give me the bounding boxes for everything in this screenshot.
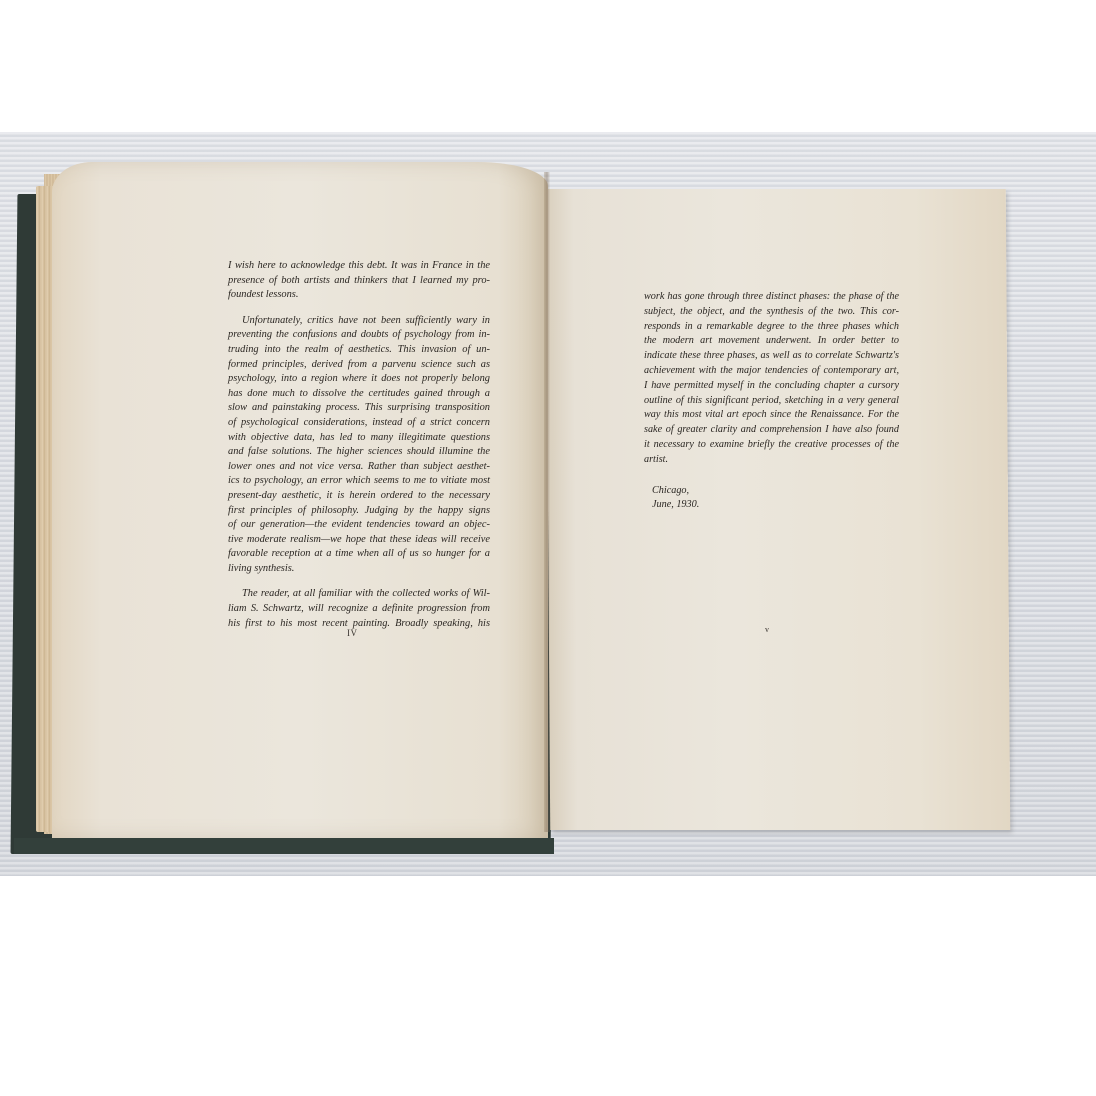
text-line: preventing the confusions and doubts of … [228, 328, 490, 343]
text-line: outline of this significant period, sket… [644, 394, 899, 409]
text-line: slow and painstaking process. This surpr… [228, 401, 490, 416]
page-number-left: IV [347, 628, 358, 638]
text-line: ics to psychology, an error which seems … [228, 474, 490, 489]
text-line: way this most vital art epoch since the … [644, 408, 899, 423]
text-line: favorable reception at a time when all o… [228, 547, 490, 562]
text-line: the modern art movement underwent. In or… [644, 334, 899, 349]
text-line: of psychological considerations, instead… [228, 416, 490, 431]
signoff-place: Chicago, [652, 484, 899, 499]
text-line: foundest lessons. [228, 288, 490, 303]
text-line: indicate these three phases, as well as … [644, 349, 899, 364]
text-line: tive moderate realism—we hope that these… [228, 533, 490, 548]
text-line: lower ones and not vice versa. Rather th… [228, 460, 490, 475]
text-line: sake of greater clarity and comprehensio… [644, 423, 899, 438]
text-line: achievement with the major tendencies of… [644, 364, 899, 379]
text-line: of our generation—the evident tendencies… [228, 518, 490, 533]
text-line: his first to his most recent painting. B… [228, 617, 490, 632]
page-number-right: v [765, 625, 769, 634]
signoff-date: June, 1930. [652, 498, 899, 513]
right-page-text: work has gone through three distinct pha… [644, 290, 899, 513]
book-cover-edge [14, 838, 554, 854]
left-page-text: I wish here to acknowledge this debt. It… [228, 259, 490, 642]
text-line: I have permitted myself in the concludin… [644, 379, 899, 394]
text-line: and false solutions. The higher sciences… [228, 445, 490, 460]
text-line: I wish here to acknowledge this debt. It… [228, 259, 490, 274]
text-line: work has gone through three distinct pha… [644, 290, 899, 305]
paragraph: I wish here to acknowledge this debt. It… [228, 259, 490, 303]
photo-background [0, 132, 1096, 876]
text-line: The reader, at all familiar with the col… [228, 587, 490, 602]
text-line: responds in a remarkable degree to the t… [644, 320, 899, 335]
paragraph: The reader, at all familiar with the col… [228, 587, 490, 631]
paragraph: work has gone through three distinct pha… [644, 290, 899, 468]
text-line: it necessary to examine briefly the crea… [644, 438, 899, 453]
text-line: presence of both artists and thinkers th… [228, 274, 490, 289]
text-line: artist. [644, 453, 899, 468]
text-line: formed principles, derived from a parven… [228, 358, 490, 373]
paragraph: Unfortunately, critics have not been suf… [228, 314, 490, 577]
text-line: with objective data, has led to many ill… [228, 431, 490, 446]
text-line: liam S. Schwartz, will recognize a defin… [228, 602, 490, 617]
text-line: first principles of philosophy. Judging … [228, 504, 490, 519]
text-line: Unfortunately, critics have not been suf… [228, 314, 490, 329]
text-line: has done much to dissolve the certitudes… [228, 387, 490, 402]
text-line: present-day aesthetic, it is herein orde… [228, 489, 490, 504]
text-line: living synthesis. [228, 562, 490, 577]
text-line: truding into the realm of aesthetics. Th… [228, 343, 490, 358]
text-line: subject, the object, and the synthesis o… [644, 305, 899, 320]
signoff: Chicago, June, 1930. [652, 484, 899, 514]
text-line: psychology, into a region where it does … [228, 372, 490, 387]
book-gutter [544, 172, 550, 832]
